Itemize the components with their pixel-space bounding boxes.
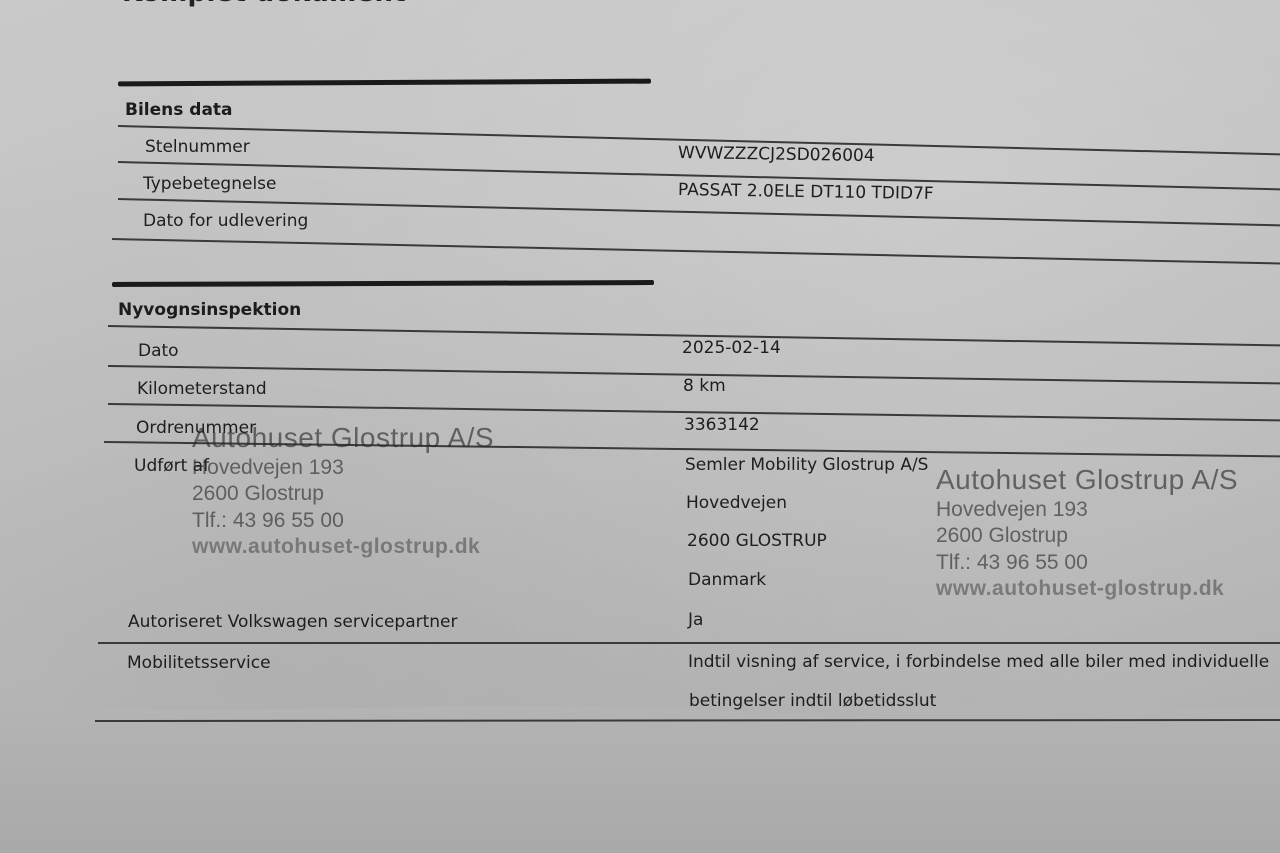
- stamp-phone: Tlf.: 43 96 55 00: [192, 508, 494, 534]
- label-typebetegnelse: Typebetegnelse: [143, 174, 277, 194]
- stamp-city: 2600 Glostrup: [192, 481, 494, 507]
- performed-by-street: Hovedvejen: [686, 493, 787, 513]
- stamp-street: Hovedvejen 193: [192, 455, 494, 481]
- value-ordrenummer: 3363142: [684, 415, 760, 435]
- section-heading-car-data: Bilens data: [125, 100, 233, 120]
- dealer-stamp-right: Autohuset Glostrup A/S Hovedvejen 193 26…: [936, 462, 1238, 602]
- label-mobilitetsservice: Mobilitetsservice: [127, 653, 271, 673]
- stamp-web: www.autohuset-glostrup.dk: [192, 534, 494, 560]
- paper-underlay: [0, 705, 1280, 853]
- row-divider: [98, 642, 1280, 644]
- stamp-phone: Tlf.: 43 96 55 00: [936, 550, 1238, 576]
- value-mobilitetsservice-line1: Indtil visning af service, i forbindelse…: [688, 652, 1269, 672]
- section-heading-inspection: Nyvognsinspektion: [118, 300, 301, 320]
- label-kilometerstand: Kilometerstand: [137, 379, 267, 399]
- performed-by-company: Semler Mobility Glostrup A/S: [685, 455, 928, 475]
- stamp-name: Autohuset Glostrup A/S: [936, 462, 1238, 497]
- value-typebetegnelse: PASSAT 2.0ELE DT110 TDID7F: [678, 180, 934, 204]
- label-dato-for-udlevering: Dato for udlevering: [143, 211, 308, 231]
- value-kilometerstand: 8 km: [683, 376, 726, 396]
- performed-by-city: 2600 GLOSTRUP: [687, 531, 827, 551]
- label-dato: Dato: [138, 341, 179, 361]
- stamp-name: Autohuset Glostrup A/S: [192, 420, 494, 455]
- dealer-stamp-left: Autohuset Glostrup A/S Hovedvejen 193 26…: [192, 420, 494, 560]
- value-mobilitetsservice-line2: betingelser indtil løbetidsslut: [689, 691, 936, 711]
- label-stelnummer: Stelnummer: [145, 137, 250, 157]
- performed-by-country: Danmark: [688, 570, 766, 590]
- stamp-web: www.autohuset-glostrup.dk: [936, 576, 1238, 602]
- label-autoriseret-partner: Autoriseret Volkswagen servicepartner: [128, 612, 458, 632]
- value-autoriseret-partner: Ja: [688, 610, 703, 630]
- document-title: Komplet dokument: [122, 0, 406, 8]
- stamp-street: Hovedvejen 193: [936, 497, 1238, 523]
- stamp-city: 2600 Glostrup: [936, 523, 1238, 549]
- value-dato: 2025-02-14: [682, 338, 781, 358]
- value-stelnummer: WVWZZZCJ2SD026004: [678, 143, 875, 166]
